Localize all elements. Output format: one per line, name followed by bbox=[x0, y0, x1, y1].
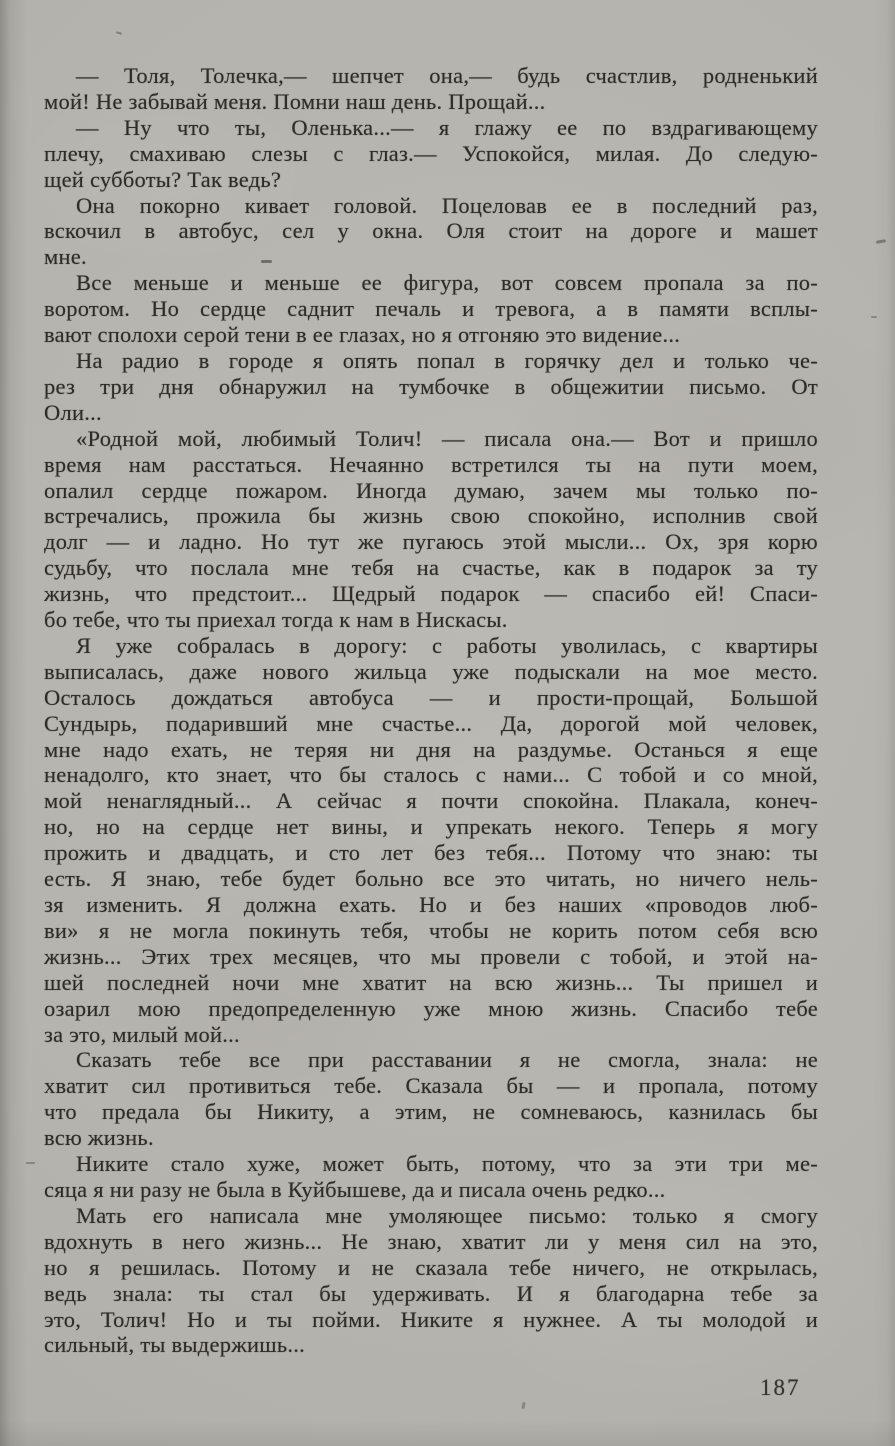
text-line: жизнь, что предстоит... Щедрый подарок —… bbox=[44, 581, 818, 607]
text-line: вскочил в автобус, сел у окна. Оля стоит… bbox=[44, 218, 818, 244]
text-line: судьбу, что послала мне тебя на счастье,… bbox=[44, 555, 818, 581]
text-line: шей последней ночи мне хватит на всю жиз… bbox=[44, 970, 818, 996]
text-line: прожить и двадцать, и сто лет без тебя..… bbox=[44, 840, 818, 866]
text-line: долг — и ладно. Но тут же пугаюсь этой м… bbox=[44, 529, 818, 555]
text-line: Никите стало хуже, может быть, потому, ч… bbox=[44, 1151, 818, 1177]
text-line: — Толя, Толечка,— шепчет она,— будь счас… bbox=[44, 63, 818, 89]
text-line: опалил сердце пожаром. Иногда думаю, зач… bbox=[44, 478, 818, 504]
text-line: но, но на сердце нет вины, и упрекать не… bbox=[44, 814, 818, 840]
text-line: время нам расстаться. Нечаянно встретилс… bbox=[44, 452, 818, 478]
text-line: ведь знала: ты стал бы удерживать. И я б… bbox=[44, 1281, 818, 1307]
text-line: щей субботы? Так ведь? bbox=[44, 167, 818, 193]
text-line: озарил мою предопределенную уже мною жиз… bbox=[44, 996, 818, 1022]
text-line: встречались, прожила бы жизнь свою споко… bbox=[44, 503, 818, 529]
text-line: Оли... bbox=[44, 400, 818, 426]
text-line: всю жизнь. bbox=[44, 1125, 818, 1151]
text-line: мне надо ехать, не теряя ни дня на разду… bbox=[44, 737, 818, 763]
text-block: — Толя, Толечка,— шепчет она,— будь счас… bbox=[44, 63, 818, 1358]
text-line: это, Толич! Но и ты пойми. Никите я нужн… bbox=[44, 1307, 818, 1333]
page-number: 187 bbox=[760, 1375, 820, 1401]
scan-speck bbox=[261, 260, 272, 263]
text-line: есть. Я знаю, тебе будет больно все это … bbox=[44, 866, 818, 892]
text-line: за это, милый мой... bbox=[44, 1022, 818, 1048]
text-line: сяца я ни разу не была в Куйбышеве, да и… bbox=[44, 1177, 818, 1203]
text-line: Она покорно кивает головой. Поцеловав ее… bbox=[44, 193, 818, 219]
text-line: вдохнуть в него жизнь... Не знаю, хватит… bbox=[44, 1229, 818, 1255]
text-line: Сундырь, подаривший мне счастье... Да, д… bbox=[44, 711, 818, 737]
text-line: бо тебе, что ты приехал тогда к нам в Ни… bbox=[44, 607, 818, 633]
text-line: Сказать тебе все при расставании я не см… bbox=[44, 1047, 818, 1073]
text-line: рез три дня обнаружил на тумбочке в обще… bbox=[44, 374, 818, 400]
text-line: выписалась, даже нового жильца уже подыс… bbox=[44, 659, 818, 685]
text-line: ненадолго, кто знает, что бы сталось с н… bbox=[44, 762, 818, 788]
text-line: Я уже собралась в дорогу: с работы уволи… bbox=[44, 633, 818, 659]
text-line: мой! Не забывай меня. Помни наш день. Пр… bbox=[44, 89, 818, 115]
text-line: ви» я не могла покинуть тебя, чтобы не к… bbox=[44, 918, 818, 944]
text-line: плечу, смахиваю слезы с глаз.— Успокойся… bbox=[44, 141, 818, 167]
scan-speck bbox=[26, 1162, 35, 1164]
text-line: Все меньше и меньше ее фигура, вот совсе… bbox=[44, 270, 818, 296]
text-line: «Родной мой, любимый Толич! — писала она… bbox=[44, 426, 818, 452]
text-line: Мать его написала мне умоляющее письмо: … bbox=[44, 1203, 818, 1229]
text-line: мне. bbox=[44, 244, 818, 270]
text-line: хватит сил противиться тебе. Сказала бы … bbox=[44, 1073, 818, 1099]
text-line: зя изменить. Я должна ехать. Но и без на… bbox=[44, 892, 818, 918]
text-line: но я решилась. Потому и не сказала тебе … bbox=[44, 1255, 818, 1281]
scan-speck bbox=[871, 316, 877, 318]
text-line: жизнь... Этих трех месяцев, что мы прове… bbox=[44, 944, 818, 970]
text-line: — Ну что ты, Оленька...— я глажу ее по в… bbox=[44, 115, 818, 141]
text-line: сильный, ты выдержишь... bbox=[44, 1332, 818, 1358]
text-line: Осталось дождаться автобуса — и прости-п… bbox=[44, 685, 818, 711]
text-line: воротом. Но сердце саднит печаль и трево… bbox=[44, 296, 818, 322]
text-line: На радио в городе я опять попал в горячк… bbox=[44, 348, 818, 374]
text-line: что предала бы Никиту, а этим, не сомнев… bbox=[44, 1099, 818, 1125]
text-line: мой ненаглядный... А сейчас я почти спок… bbox=[44, 788, 818, 814]
text-line: вают сполохи серой тени в ее глазах, но … bbox=[44, 322, 818, 348]
